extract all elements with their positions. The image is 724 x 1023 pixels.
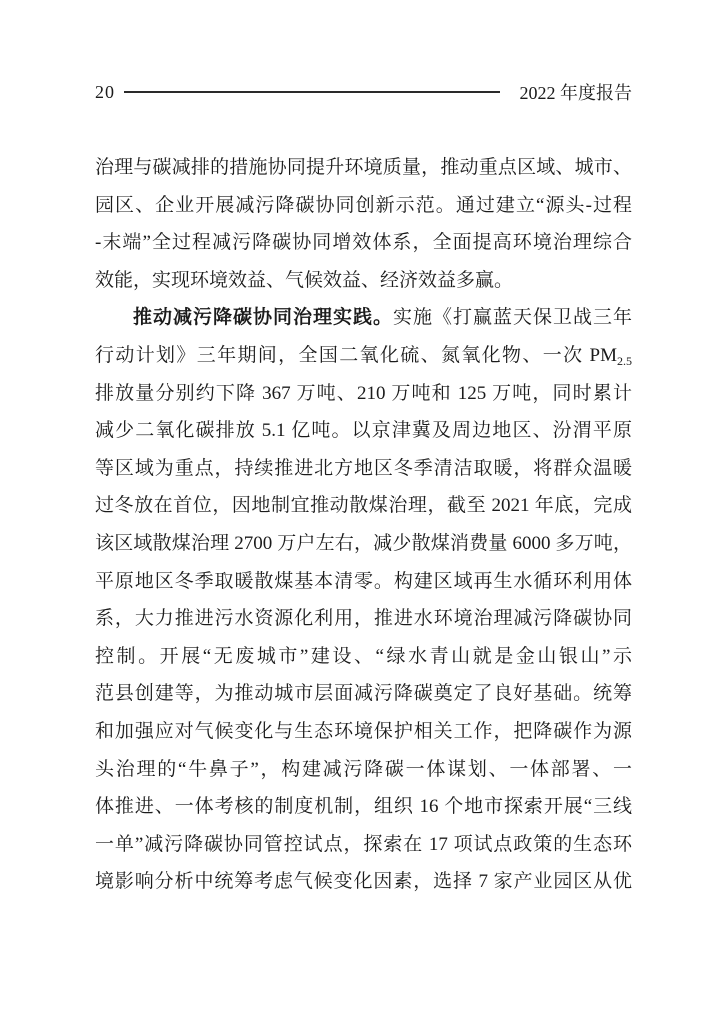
text-segment: 减少二氧化碳排放 5.1 亿吨。以京津冀及周边地区、汾渭平原 (95, 420, 632, 441)
text-line: 体推进、一体考核的制度机制，组织 16 个地市探索开展“三线 (95, 788, 632, 826)
text-segment: 排放量分别约下降 367 万吨、210 万吨和 125 万吨，同时累计 (95, 383, 632, 404)
text-segment: 体推进、一体考核的制度机制，组织 16 个地市探索开展“三线 (95, 796, 632, 817)
text-segment: 治理与碳减排的措施协同提升环境质量，推动重点区域、城市、 (95, 157, 632, 178)
header-rule (124, 91, 500, 93)
text-line: 排放量分别约下降 367 万吨、210 万吨和 125 万吨，同时累计 (95, 375, 632, 413)
text-line: 行动计划》三年期间，全国二氧化硫、氮氧化物、一次 PM2.5 (95, 337, 632, 375)
text-segment: 范县创建等，为推动城市层面减污降碳奠定了良好基础。统筹 (95, 683, 632, 704)
text-line: 范县创建等，为推动城市层面减污降碳奠定了良好基础。统筹 (95, 675, 632, 713)
text-line: 园区、企业开展减污降碳协同创新示范。通过建立“源头-过程 (95, 187, 632, 225)
paragraph-lead-bold: 推动减污降碳协同治理实践。 (133, 307, 393, 328)
text-line: 平原地区冬季取暖散煤基本清零。构建区域再生水循环利用体 (95, 563, 632, 601)
text-segment: 过冬放在首位，因地制宜推动散煤治理，截至 2021 年底，完成 (95, 495, 632, 516)
subscript-text: 2.5 (617, 354, 632, 368)
text-segment: -末端”全过程减污降碳协同增效体系，全面提高环境治理综合 (95, 232, 632, 253)
text-line: 等区域为重点，持续推进北方地区冬季清洁取暖，将群众温暖 (95, 450, 632, 488)
page-number: 20 (95, 82, 115, 103)
text-segment: 和加强应对气候变化与生态环境保护相关工作，把降碳作为源 (95, 721, 632, 742)
text-segment: 平原地区冬季取暖散煤基本清零。构建区域再生水循环利用体 (95, 571, 632, 592)
text-segment: 实施《打赢蓝天保卫战三年 (393, 307, 632, 328)
text-line: 推动减污降碳协同治理实践。实施《打赢蓝天保卫战三年 (95, 299, 632, 337)
text-segment: 园区、企业开展减污降碳协同创新示范。通过建立“源头-过程 (95, 195, 632, 216)
text-line: 该区域散煤治理 2700 万户左右，减少散煤消费量 6000 多万吨， (95, 525, 632, 563)
text-segment: 该区域散煤治理 2700 万户左右，减少散煤消费量 6000 多万吨， (95, 533, 632, 554)
text-line: 效能，实现环境效益、气候效益、经济效益多赢。 (95, 262, 632, 300)
text-line: -末端”全过程减污降碳协同增效体系，全面提高环境治理综合 (95, 224, 632, 262)
document-page: 20 2022 年度报告 治理与碳减排的措施协同提升环境质量，推动重点区域、城市… (0, 0, 724, 1023)
text-line: 控制。开展“无废城市”建设、“绿水青山就是金山银山”示 (95, 638, 632, 676)
report-title: 2022 年度报告 (520, 79, 633, 105)
text-segment: 等区域为重点，持续推进北方地区冬季清洁取暖，将群众温暖 (95, 458, 632, 479)
text-line: 和加强应对气候变化与生态环境保护相关工作，把降碳作为源 (95, 713, 632, 751)
text-line: 减少二氧化碳排放 5.1 亿吨。以京津冀及周边地区、汾渭平原 (95, 412, 632, 450)
text-line: 境影响分析中统筹考虑气候变化因素，选择 7 家产业园区从优 (95, 863, 632, 901)
text-line: 系，大力推进污水资源化利用，推进水环境治理减污降碳协同 (95, 600, 632, 638)
text-segment: 行动计划》三年期间，全国二氧化硫、氮氧化物、一次 PM (95, 345, 617, 366)
text-segment: 一单”减污降碳协同管控试点，探索在 17 项试点政策的生态环 (95, 834, 632, 855)
page-header: 20 2022 年度报告 (95, 82, 632, 102)
body-text: 治理与碳减排的措施协同提升环境质量，推动重点区域、城市、园区、企业开展减污降碳协… (95, 149, 632, 901)
text-segment: 效能，实现环境效益、气候效益、经济效益多赢。 (95, 270, 513, 291)
text-line: 一单”减污降碳协同管控试点，探索在 17 项试点政策的生态环 (95, 826, 632, 864)
text-line: 头治理的“牛鼻子”，构建减污降碳一体谋划、一体部署、一 (95, 751, 632, 789)
text-segment: 控制。开展“无废城市”建设、“绿水青山就是金山银山”示 (95, 646, 632, 667)
text-segment: 境影响分析中统筹考虑气候变化因素，选择 7 家产业园区从优 (95, 871, 632, 892)
text-line: 过冬放在首位，因地制宜推动散煤治理，截至 2021 年底，完成 (95, 487, 632, 525)
text-line: 治理与碳减排的措施协同提升环境质量，推动重点区域、城市、 (95, 149, 632, 187)
text-segment: 头治理的“牛鼻子”，构建减污降碳一体谋划、一体部署、一 (95, 759, 632, 780)
text-segment: 系，大力推进污水资源化利用，推进水环境治理减污降碳协同 (95, 608, 632, 629)
